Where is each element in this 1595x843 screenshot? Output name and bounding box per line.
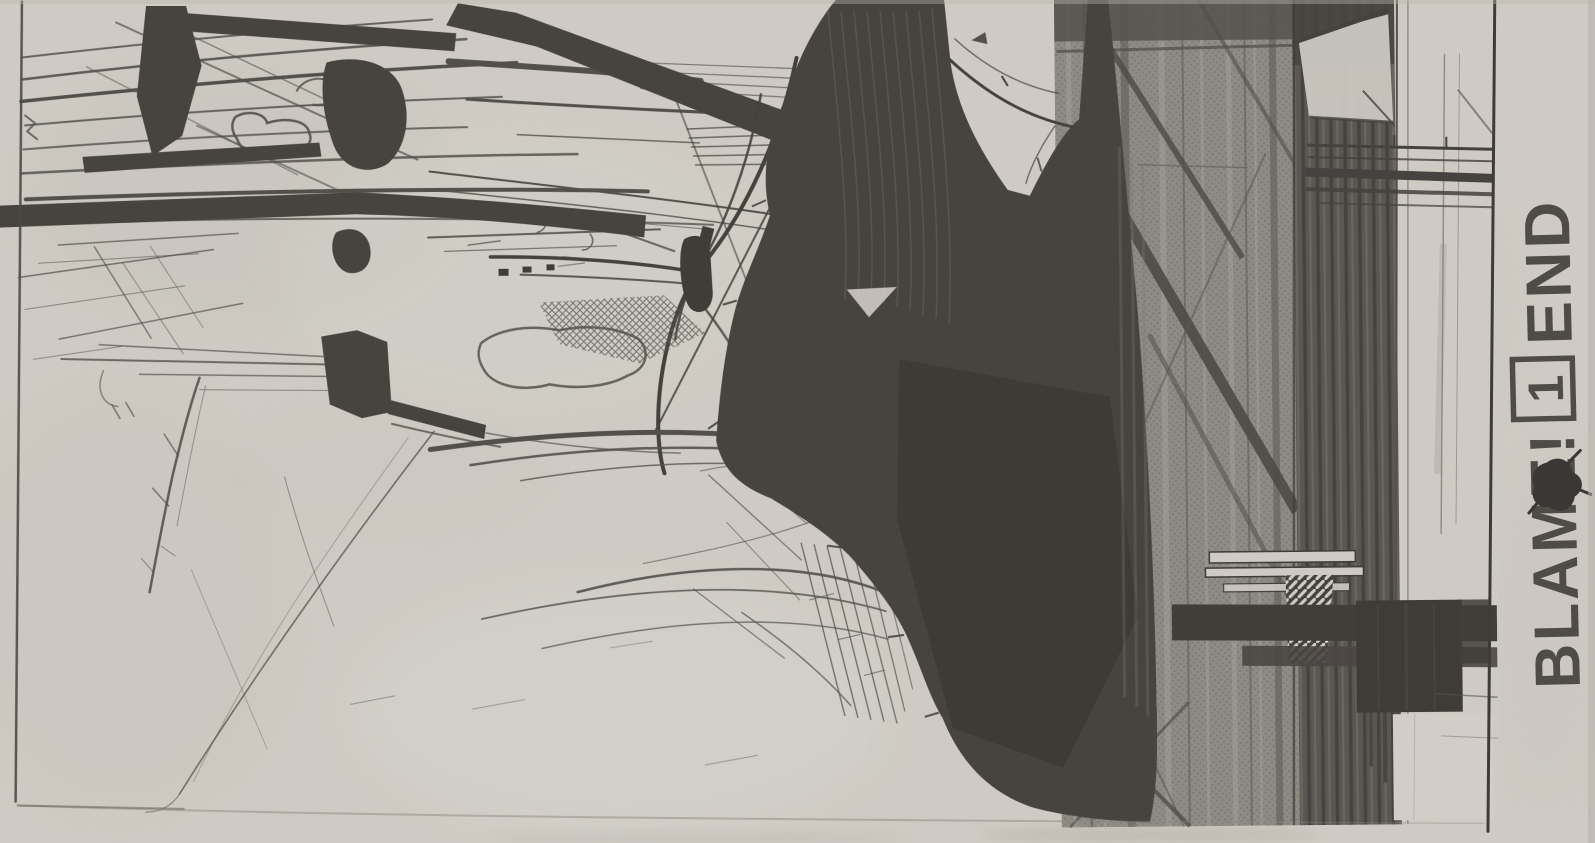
end-label-text: END (1511, 198, 1586, 346)
scanned-manga-page: BLAME! 1 END (0, 0, 1595, 843)
light-notch (1393, 713, 1494, 820)
end-mark: BLAME! 1 END (1508, 198, 1594, 690)
chapter-number-text: 1 (1518, 374, 1575, 403)
manga-panel-artwork: BLAME! 1 END (0, 0, 1595, 843)
